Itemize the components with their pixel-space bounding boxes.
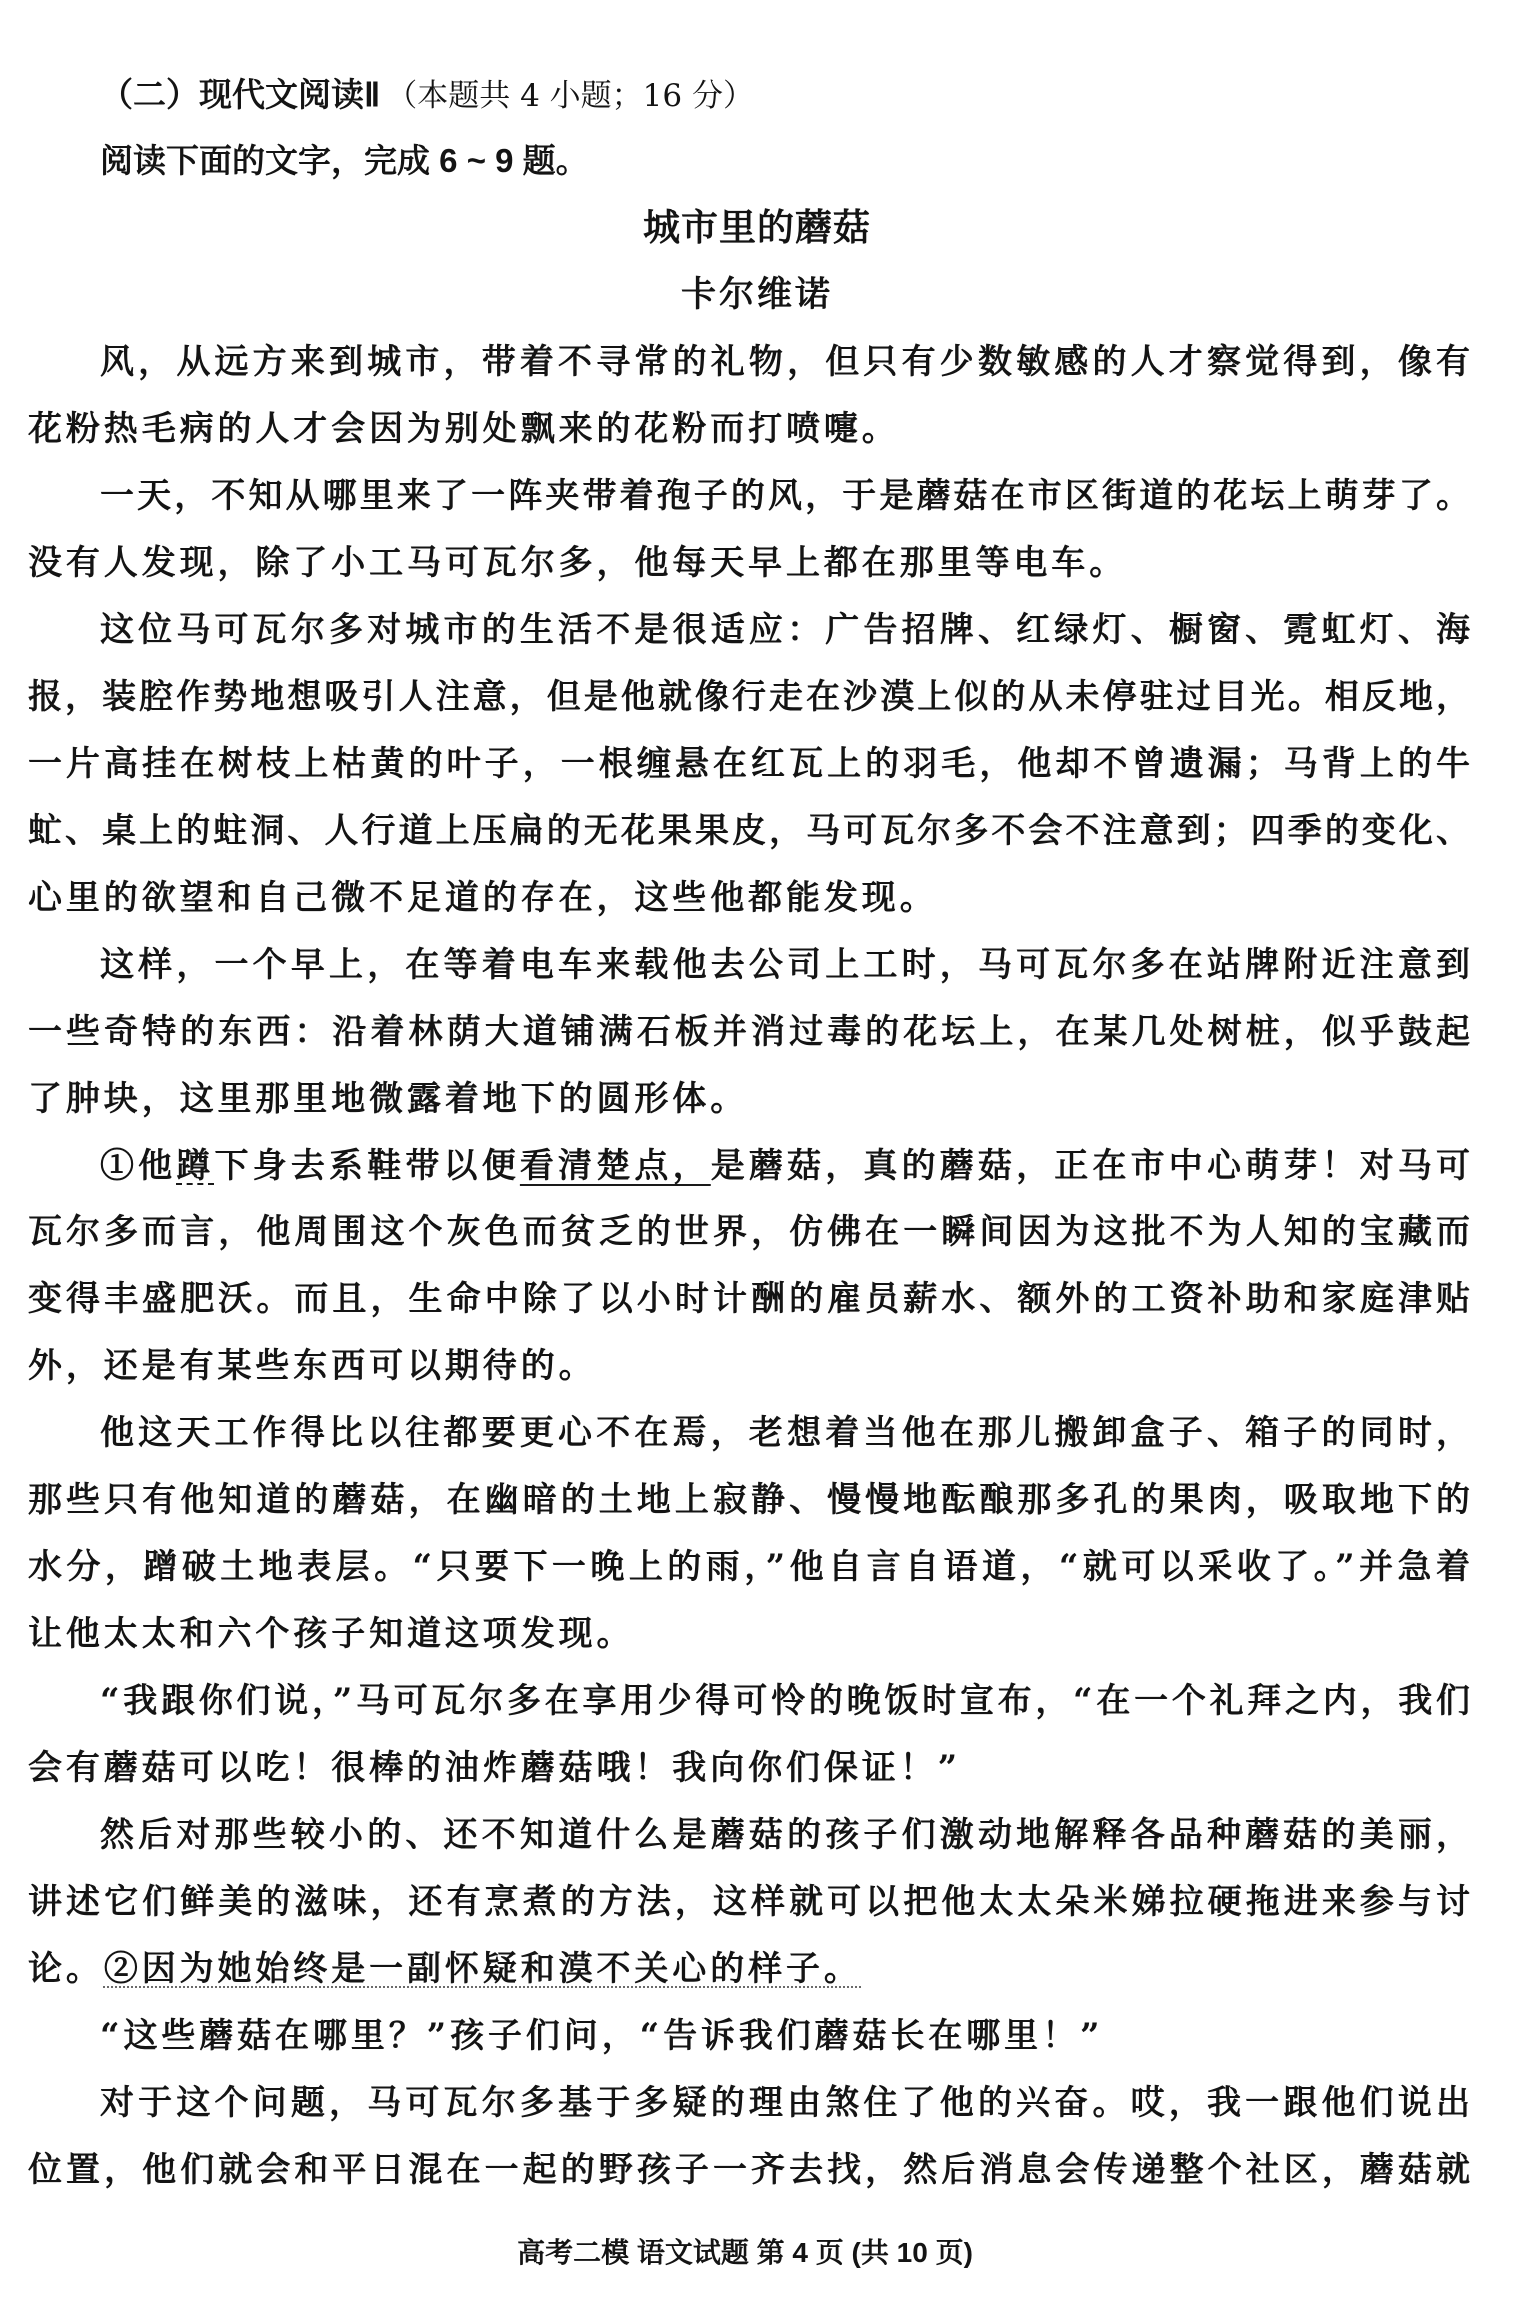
plain-text: 是蘑菇，真的蘑菇，正在市中心萌芽！对马可 <box>711 1146 1470 1186</box>
paragraph-8-line-1: 然后对那些较小的、还不知道什么是蘑菇的孩子们激动地解释各品种蘑菇的美丽， <box>28 1802 1470 1869</box>
reading-instruction: 阅读下面的文字，完成 6 ~ 9 题。 <box>28 128 1470 195</box>
paragraph-4-line-1: 这样，一个早上，在等着电车来载他去公司上工时，马可瓦尔多在站牌附近注意到 <box>28 932 1470 999</box>
paragraph-3-line-5: 心里的欲望和自己微不足道的存在，这些他都能发现。 <box>28 865 1470 932</box>
paragraph-5-line-2: 瓦尔多而言，他周围这个灰色而贫乏的世界，仿佛在一瞬间因为这批不为人知的宝藏而 <box>28 1199 1470 1266</box>
paragraph-3-line-1: 这位马可瓦尔多对城市的生活不是很适应：广告招牌、红绿灯、橱窗、霓虹灯、海 <box>28 597 1470 664</box>
paragraph-3-line-2: 报，装腔作势地想吸引人注意，但是他就像行走在沙漠上似的从未停驻过目光。相反地， <box>28 664 1470 731</box>
exam-page: （二）现代文阅读Ⅱ（本题共 4 小题；16 分） 阅读下面的文字，完成 6 ~ … <box>0 0 1536 2304</box>
paragraph-2-line-1: 一天，不知从哪里来了一阵夹带着孢子的风，于是蘑菇在市区街道的花坛上萌芽了。 <box>28 463 1470 530</box>
paragraph-8-line-2: 讲述它们鲜美的滋味，还有烹煮的方法，这样就可以把他太太朵米娣拉硬拖进来参与讨 <box>28 1869 1470 1936</box>
paragraph-3-line-4: 虻、桌上的蛀洞、人行道上压扁的无花果果皮，马可瓦尔多不会不注意到；四季的变化、 <box>28 798 1470 865</box>
paragraph-5-line-4: 外，还是有某些东西可以期待的。 <box>28 1333 1470 1400</box>
paragraph-5-line-3: 变得丰盛肥沃。而且，生命中除了以小时计酬的雇员薪水、额外的工资补助和家庭津贴 <box>28 1266 1470 1333</box>
page-content: （二）现代文阅读Ⅱ（本题共 4 小题；16 分） 阅读下面的文字，完成 6 ~ … <box>28 62 1470 2204</box>
paragraph-6-line-4: 让他太太和六个孩子知道这项发现。 <box>28 1601 1470 1668</box>
article-title: 城市里的蘑菇 <box>28 195 1470 262</box>
paragraph-6-line-2: 那些只有他知道的蘑菇，在幽暗的土地上寂静、慢慢地酝酿那多孔的果肉，吸取地下的 <box>28 1467 1470 1534</box>
paragraph-6-line-3: 水分，蹭破土地表层。“只要下一晚上的雨，”他自言自语道，“就可以采收了。”并急着 <box>28 1534 1470 1601</box>
section-heading-note: （本题共 4 小题；16 分） <box>386 78 754 114</box>
page-footer: 高考二模 语文试题 第 4 页 (共 10 页) <box>0 2233 1490 2273</box>
section-heading-main: （二）现代文阅读Ⅱ <box>100 76 380 113</box>
paragraph-8-line-3: 论。②因为她始终是一副怀疑和漠不关心的样子。 <box>28 1936 1470 2003</box>
paragraph-4-line-2: 一些奇特的东西：沿着林荫大道铺满石板并消过毒的花坛上，在某几处树桩，似乎鼓起 <box>28 999 1470 1066</box>
plain-text: 下身去系鞋带以便 <box>215 1146 520 1186</box>
paragraph-10-line-1: 对于这个问题，马可瓦尔多基于多疑的理由煞住了他的兴奋。哎，我一跟他们说出 <box>28 2070 1470 2137</box>
paragraph-1-line-2: 花粉热毛病的人才会因为别处飘来的花粉而打喷嚏。 <box>28 396 1470 463</box>
paragraph-10-line-2: 位置，他们就会和平日混在一起的野孩子一齐去找，然后消息会传递整个社区，蘑菇就 <box>28 2137 1470 2204</box>
paragraph-2-line-2: 没有人发现，除了小工马可瓦尔多，他每天早上都在那里等电车。 <box>28 530 1470 597</box>
paragraph-9-line-1: “这些蘑菇在哪里？”孩子们问，“告诉我们蘑菇长在哪里！” <box>28 2003 1470 2070</box>
paragraph-7-line-1: “我跟你们说，”马可瓦尔多在享用少得可怜的晚饭时宣布，“在一个礼拜之内，我们 <box>28 1668 1470 1735</box>
underlined-phrase: 看清楚点， <box>520 1146 711 1186</box>
paragraph-4-line-3: 了肿块，这里那里地微露着地下的圆形体。 <box>28 1066 1470 1133</box>
section-heading: （二）现代文阅读Ⅱ（本题共 4 小题；16 分） <box>28 62 1470 129</box>
paragraph-7-line-2: 会有蘑菇可以吃！很棒的油炸蘑菇哦！我向你们保证！” <box>28 1735 1470 1802</box>
underlined-sentence-2: ②因为她始终是一副怀疑和漠不关心的样子。 <box>104 1949 862 1989</box>
plain-text: 论。 <box>28 1949 104 1989</box>
marker-1-text: ①他 <box>100 1146 176 1186</box>
paragraph-1-line-1: 风，从远方来到城市，带着不寻常的礼物，但只有少数敏感的人才察觉得到，像有 <box>28 329 1470 396</box>
article-author: 卡尔维诺 <box>28 262 1470 329</box>
paragraph-3-line-3: 一片高挂在树枝上枯黄的叶子，一根缠悬在红瓦上的羽毛，他却不曾遗漏；马背上的牛 <box>28 731 1470 798</box>
paragraph-5-line-1: ①他蹲下身去系鞋带以便看清楚点，是蘑菇，真的蘑菇，正在市中心萌芽！对马可 <box>28 1133 1470 1200</box>
paragraph-6-line-1: 他这天工作得比以往都要更心不在焉，老想着当他在那儿搬卸盒子、箱子的同时， <box>28 1400 1470 1467</box>
underlined-word: 蹲 <box>176 1146 214 1186</box>
